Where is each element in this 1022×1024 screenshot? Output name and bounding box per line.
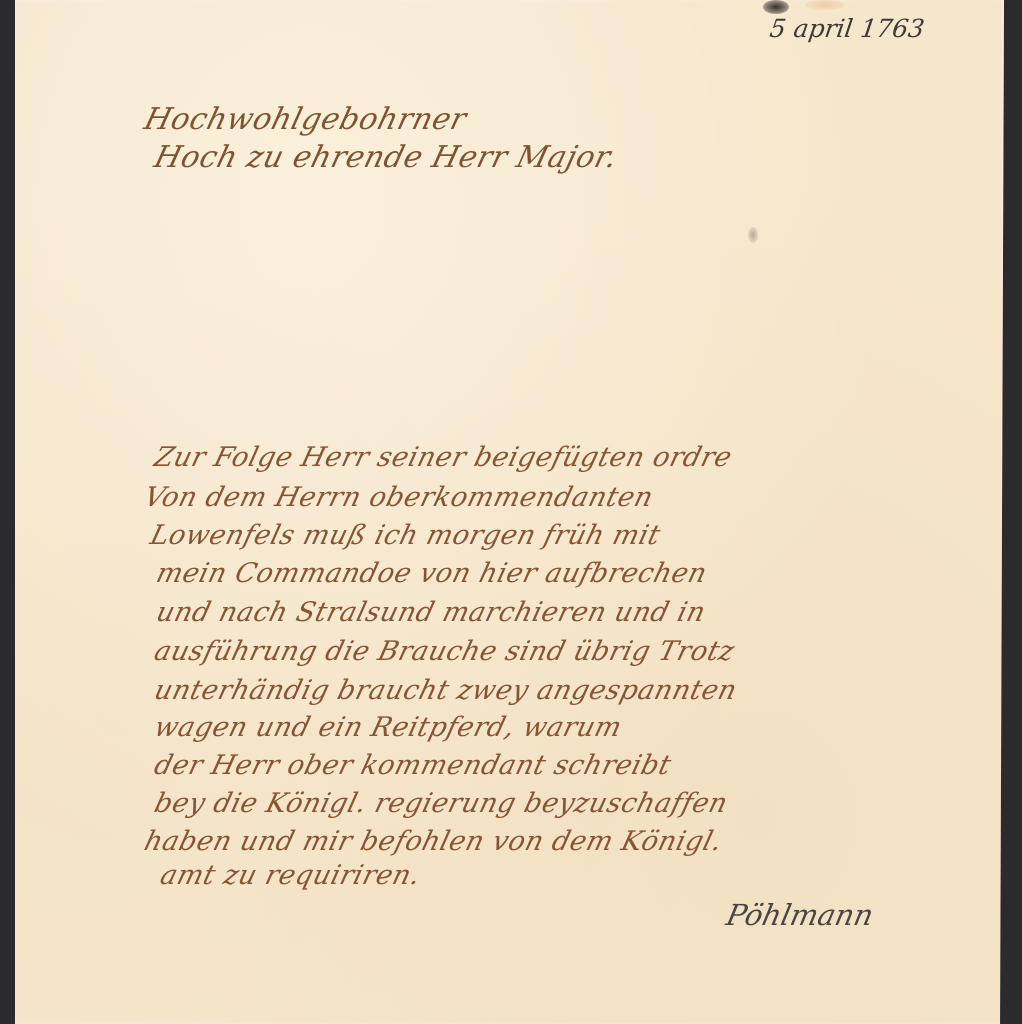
body-line-12: amt zu requiriren. xyxy=(157,860,424,891)
body-line-4: mein Commandoe von hier aufbrechen xyxy=(153,558,710,589)
body-line-9: der Herr ober kommendant schreibt xyxy=(151,750,674,781)
signature: Pöhlmann xyxy=(723,898,876,932)
salutation-line-1: Hochwohlgebohrner xyxy=(141,102,471,137)
ink-blot xyxy=(763,0,789,14)
body-line-2: Von dem Herrn oberkommendanten xyxy=(141,482,656,513)
salutation-line-2: Hoch zu ehrende Herr Major. xyxy=(151,140,621,175)
document-scan: 5 april 1763 Hochwohlgebohrner Hoch zu e… xyxy=(0,0,1022,1024)
body-line-5: und nach Stralsund marchieren und in xyxy=(153,597,709,628)
stain-mark xyxy=(805,0,845,10)
body-line-1: Zur Folge Herr seiner beigefügten ordre xyxy=(151,442,735,473)
body-line-3: Lowenfels muß ich morgen früh mit xyxy=(147,520,664,551)
body-line-10: bey die Königl. regierung beyzuschaffen xyxy=(151,788,731,819)
archival-date-note: 5 april 1763 xyxy=(768,14,926,43)
body-line-6: ausführung die Brauche sind übrig Trotz xyxy=(151,636,738,667)
body-line-8: wagen und ein Reitpferd, warum xyxy=(151,712,625,743)
body-line-11: haben und mir befohlen von dem Königl. xyxy=(141,826,725,857)
body-line-7: unterhändig braucht zwey angespannten xyxy=(151,675,740,706)
paper-sheet: 5 april 1763 Hochwohlgebohrner Hoch zu e… xyxy=(15,0,1004,1024)
ink-speck xyxy=(748,227,758,243)
